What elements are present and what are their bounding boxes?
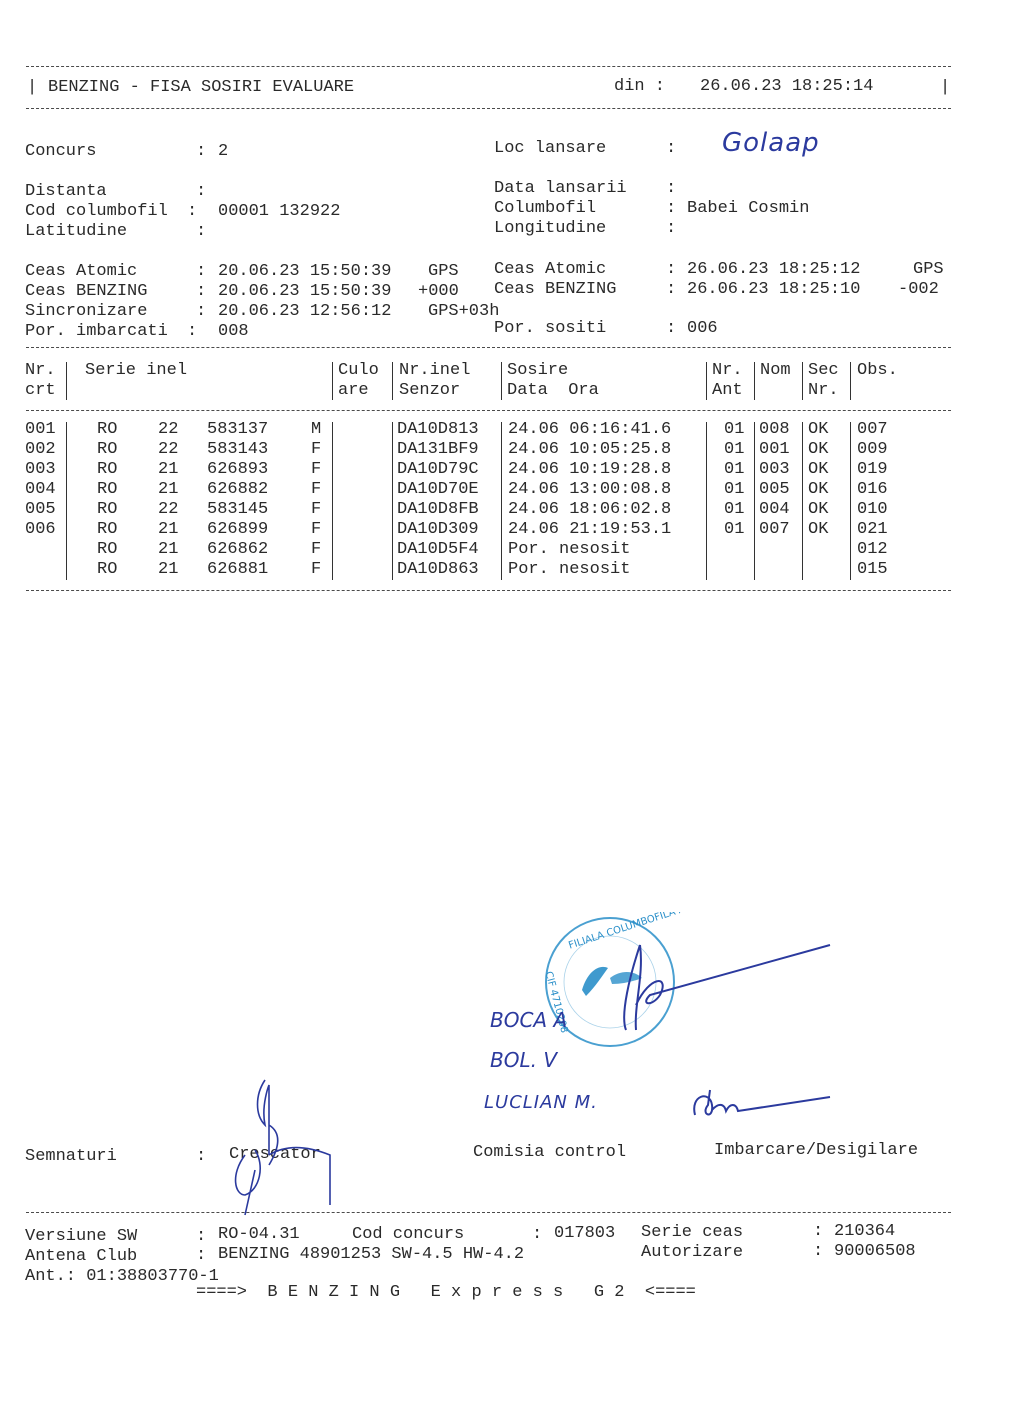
colon: :: [196, 282, 206, 302]
cell-year: 21: [158, 520, 178, 540]
cell-nom: 004: [759, 500, 790, 520]
cell-sex: F: [311, 480, 321, 500]
cell-ant: 01: [724, 500, 744, 520]
col-divider: [501, 362, 502, 400]
col-divider: [332, 422, 333, 580]
latitudine-label: Latitudine: [25, 222, 127, 242]
benzing-banner: ====> B E N Z I N G E x p r e s s G 2 <=…: [196, 1283, 696, 1303]
cell-sex: M: [311, 420, 321, 440]
cell-obs: 012: [857, 540, 888, 560]
cell-nr: 004: [25, 480, 56, 500]
cell-obs: 007: [857, 420, 888, 440]
header-serie-inel: Serie inel: [85, 361, 187, 381]
handwritten-name-2: BOL. V: [490, 1048, 557, 1072]
cell-year: 22: [158, 440, 178, 460]
colon: :: [666, 219, 676, 239]
table-row: 004RO21626882FDA10D70E24.06 13:00:08.801…: [0, 480, 1024, 500]
clock-value: 26.06.23 18:25:10: [687, 280, 860, 300]
clock-label: Ceas Atomic: [25, 262, 137, 282]
header-sosire: Sosire: [507, 361, 568, 381]
cell-nr: 005: [25, 500, 56, 520]
cell-nom: 003: [759, 460, 790, 480]
cell-ring: 626882: [207, 480, 268, 500]
cell-nom: 005: [759, 480, 790, 500]
cell-country: RO: [97, 540, 117, 560]
cell-obs: 021: [857, 520, 888, 540]
cell-ant: 01: [724, 460, 744, 480]
crescator-signature-icon: [225, 1075, 355, 1225]
header-right-bar: |: [940, 78, 950, 98]
cod-concurs-value: 017803: [554, 1224, 615, 1244]
concurs-value: 2: [218, 142, 228, 162]
cell-sex: F: [311, 540, 321, 560]
col-divider: [66, 362, 67, 400]
cell-nr: 002: [25, 440, 56, 460]
header-culo: Culo: [338, 361, 379, 381]
cell-country: RO: [97, 480, 117, 500]
imbarcare-desigilare-label: Imbarcare/Desigilare: [714, 1141, 918, 1161]
cell-ant: 01: [724, 520, 744, 540]
header-nr-inel: Nr.inel: [399, 361, 470, 381]
header-date-value: 26.06.23 18:25:14: [700, 77, 873, 97]
table-top-rule: [26, 347, 951, 348]
clock-value: 20.06.23 12:56:12: [218, 302, 391, 322]
cell-country: RO: [97, 560, 117, 580]
colon: :: [187, 322, 197, 342]
antenna-id-line: Ant.: 01:38803770-1: [25, 1267, 219, 1287]
footer-rule: [26, 1212, 951, 1213]
colon: :: [196, 182, 206, 202]
cell-ring: 626862: [207, 540, 268, 560]
cod-columbofil-value: 00001 132922: [218, 202, 340, 222]
clock-label: Ceas Atomic: [494, 260, 606, 280]
col-divider: [501, 422, 502, 580]
colon: :: [532, 1225, 542, 1245]
cell-nom: 001: [759, 440, 790, 460]
header-nom: Nom: [760, 361, 791, 381]
colon: :: [196, 302, 206, 322]
cell-senzor: DA10D8FB: [397, 500, 479, 520]
cell-year: 21: [158, 480, 178, 500]
clock-suffix: GPS: [428, 262, 459, 282]
colon: :: [666, 199, 676, 219]
distanta-label: Distanta: [25, 182, 107, 202]
columbofil-label: Columbofil: [494, 199, 596, 219]
semnaturi-label: Semnaturi: [25, 1147, 117, 1167]
table-row: 005RO22583145FDA10D8FB24.06 18:06:02.801…: [0, 500, 1024, 520]
antena-value: BENZING 48901253 SW-4.5 HW-4.2: [218, 1245, 524, 1265]
commission-signature-icon: [600, 935, 840, 1035]
col-divider: [850, 422, 851, 580]
concurs-label: Concurs: [25, 142, 96, 162]
autorizare-value: 90006508: [834, 1242, 916, 1262]
cell-sex: F: [311, 440, 321, 460]
colon: :: [666, 139, 676, 159]
cell-obs: 010: [857, 500, 888, 520]
cell-country: RO: [97, 500, 117, 520]
header-are: are: [338, 381, 369, 401]
header-sec: Sec: [808, 361, 839, 381]
cell-year: 21: [158, 560, 178, 580]
cod-columbofil-label: Cod columbofil: [25, 202, 168, 222]
cell-sec: OK: [808, 500, 828, 520]
cell-obs: 009: [857, 440, 888, 460]
cell-ring: 626893: [207, 460, 268, 480]
col-divider: [66, 422, 67, 580]
header-data-ora: Data Ora: [507, 381, 599, 401]
autorizare-label: Autorizare: [641, 1243, 743, 1263]
cell-sosire: Por. nesosit: [508, 540, 630, 560]
cell-ant: 01: [724, 480, 744, 500]
colon: :: [187, 202, 197, 222]
imbarcati-label: Por. imbarcati: [25, 322, 168, 342]
cell-obs: 019: [857, 460, 888, 480]
cell-country: RO: [97, 520, 117, 540]
cell-ring: 583145: [207, 500, 268, 520]
cell-senzor: DA10D813: [397, 420, 479, 440]
cell-sec: OK: [808, 520, 828, 540]
loc-lansare-label: Loc lansare: [494, 139, 606, 159]
header-ant: Ant: [712, 381, 743, 401]
col-divider: [754, 422, 755, 580]
colon: :: [666, 280, 676, 300]
clock-label: Sincronizare: [25, 302, 147, 322]
table-row: 001RO22583137MDA10D81324.06 06:16:41.601…: [0, 420, 1024, 440]
table-bottom-rule: [26, 590, 951, 591]
cell-ring: 626899: [207, 520, 268, 540]
antena-label: Antena Club: [25, 1247, 137, 1267]
table-row: 006RO21626899FDA10D30924.06 21:19:53.101…: [0, 520, 1024, 540]
handwritten-name-1: BOCA A: [490, 1008, 567, 1032]
header-nr-ant: Nr.: [712, 361, 743, 381]
colon: :: [666, 319, 676, 339]
cell-year: 21: [158, 460, 178, 480]
cell-country: RO: [97, 440, 117, 460]
columbofil-value: Babei Cosmin: [687, 199, 809, 219]
col-divider: [754, 362, 755, 400]
cell-sosire: 24.06 10:19:28.8: [508, 460, 671, 480]
cell-sex: F: [311, 500, 321, 520]
header-sec-nr: Nr.: [808, 381, 839, 401]
cell-sosire: 24.06 06:16:41.6: [508, 420, 671, 440]
cell-nr: 003: [25, 460, 56, 480]
table-header-rule: [26, 410, 951, 411]
document-title: BENZING - FISA SOSIRI EVALUARE: [48, 78, 354, 98]
cell-nr: 006: [25, 520, 56, 540]
cod-concurs-label: Cod concurs: [352, 1225, 464, 1245]
cell-senzor: DA10D309: [397, 520, 479, 540]
cell-nr: 001: [25, 420, 56, 440]
handwritten-name-3: LUCLIAN M.: [484, 1092, 598, 1113]
commission-signature-2-icon: [690, 1085, 840, 1125]
colon: :: [196, 1147, 206, 1167]
colon: :: [666, 179, 676, 199]
cell-sosire: 24.06 21:19:53.1: [508, 520, 671, 540]
col-divider: [392, 362, 393, 400]
clock-value: 26.06.23 18:25:12: [687, 260, 860, 280]
col-divider: [802, 422, 803, 580]
col-divider: [706, 422, 707, 580]
serie-ceas-value: 210364: [834, 1222, 895, 1242]
clock-suffix: GPS+03h: [428, 302, 499, 322]
imbarcati-value: 008: [218, 322, 249, 342]
header-senzor: Senzor: [399, 381, 460, 401]
data-lansarii-label: Data lansarii: [494, 179, 627, 199]
cell-senzor: DA10D79C: [397, 460, 479, 480]
cell-sec: OK: [808, 480, 828, 500]
cell-sec: OK: [808, 460, 828, 480]
colon: :: [196, 1246, 206, 1266]
clock-label: Ceas BENZING: [25, 282, 147, 302]
longitudine-label: Longitudine: [494, 219, 606, 239]
cell-nom: 007: [759, 520, 790, 540]
versiune-value: RO-04.31: [218, 1225, 300, 1245]
table-row: 002RO22583143FDA131BF924.06 10:05:25.801…: [0, 440, 1024, 460]
cell-senzor: DA10D863: [397, 560, 479, 580]
cell-senzor: DA10D5F4: [397, 540, 479, 560]
header-nr: Nr.: [25, 361, 56, 381]
colon: :: [196, 142, 206, 162]
cell-ring: 583143: [207, 440, 268, 460]
cell-year: 22: [158, 420, 178, 440]
clock-value: 20.06.23 15:50:39: [218, 262, 391, 282]
cell-ring: 583137: [207, 420, 268, 440]
cell-year: 21: [158, 540, 178, 560]
comisia-control-label: Comisia control: [473, 1143, 626, 1163]
header-top-rule: [26, 66, 951, 67]
cell-sex: F: [311, 560, 321, 580]
header-obs: Obs.: [857, 361, 898, 381]
col-divider: [802, 362, 803, 400]
colon: :: [196, 222, 206, 242]
cell-sex: F: [311, 460, 321, 480]
colon: :: [813, 1242, 823, 1262]
versiune-label: Versiune SW: [25, 1227, 137, 1247]
header-crt: crt: [25, 381, 56, 401]
cell-sosire: 24.06 13:00:08.8: [508, 480, 671, 500]
cell-ant: 01: [724, 440, 744, 460]
loc-lansare-handwritten: Golaap: [722, 128, 820, 158]
clock-suffix: GPS: [913, 260, 944, 280]
sositi-label: Por. sositi: [494, 319, 606, 339]
cell-nom: 008: [759, 420, 790, 440]
cell-sec: OK: [808, 440, 828, 460]
colon: :: [196, 1227, 206, 1247]
cell-senzor: DA10D70E: [397, 480, 479, 500]
cell-country: RO: [97, 460, 117, 480]
cell-country: RO: [97, 420, 117, 440]
cell-sosire: 24.06 18:06:02.8: [508, 500, 671, 520]
serie-ceas-label: Serie ceas: [641, 1223, 743, 1243]
clock-suffix: -002: [898, 280, 939, 300]
cell-senzor: DA131BF9: [397, 440, 479, 460]
clock-value: 20.06.23 15:50:39: [218, 282, 391, 302]
cell-ring: 626881: [207, 560, 268, 580]
cell-obs: 016: [857, 480, 888, 500]
header-bottom-rule: [26, 108, 951, 109]
header-left-bar: |: [27, 78, 37, 98]
colon: :: [666, 260, 676, 280]
cell-sosire: Por. nesosit: [508, 560, 630, 580]
cell-sec: OK: [808, 420, 828, 440]
col-divider: [850, 362, 851, 400]
cell-obs: 015: [857, 560, 888, 580]
clock-label: Ceas BENZING: [494, 280, 616, 300]
table-row: RO21626881FDA10D863Por. nesosit015: [0, 560, 1024, 580]
colon: :: [813, 1222, 823, 1242]
sositi-value: 006: [687, 319, 718, 339]
col-divider: [332, 362, 333, 400]
cell-year: 22: [158, 500, 178, 520]
clock-suffix: +000: [418, 282, 459, 302]
col-divider: [392, 422, 393, 580]
colon: :: [196, 262, 206, 282]
header-date-label: din :: [614, 77, 665, 97]
table-row: 003RO21626893FDA10D79C24.06 10:19:28.801…: [0, 460, 1024, 480]
cell-ant: 01: [724, 420, 744, 440]
cell-sosire: 24.06 10:05:25.8: [508, 440, 671, 460]
col-divider: [706, 362, 707, 400]
table-row: RO21626862FDA10D5F4Por. nesosit012: [0, 540, 1024, 560]
cell-sex: F: [311, 520, 321, 540]
